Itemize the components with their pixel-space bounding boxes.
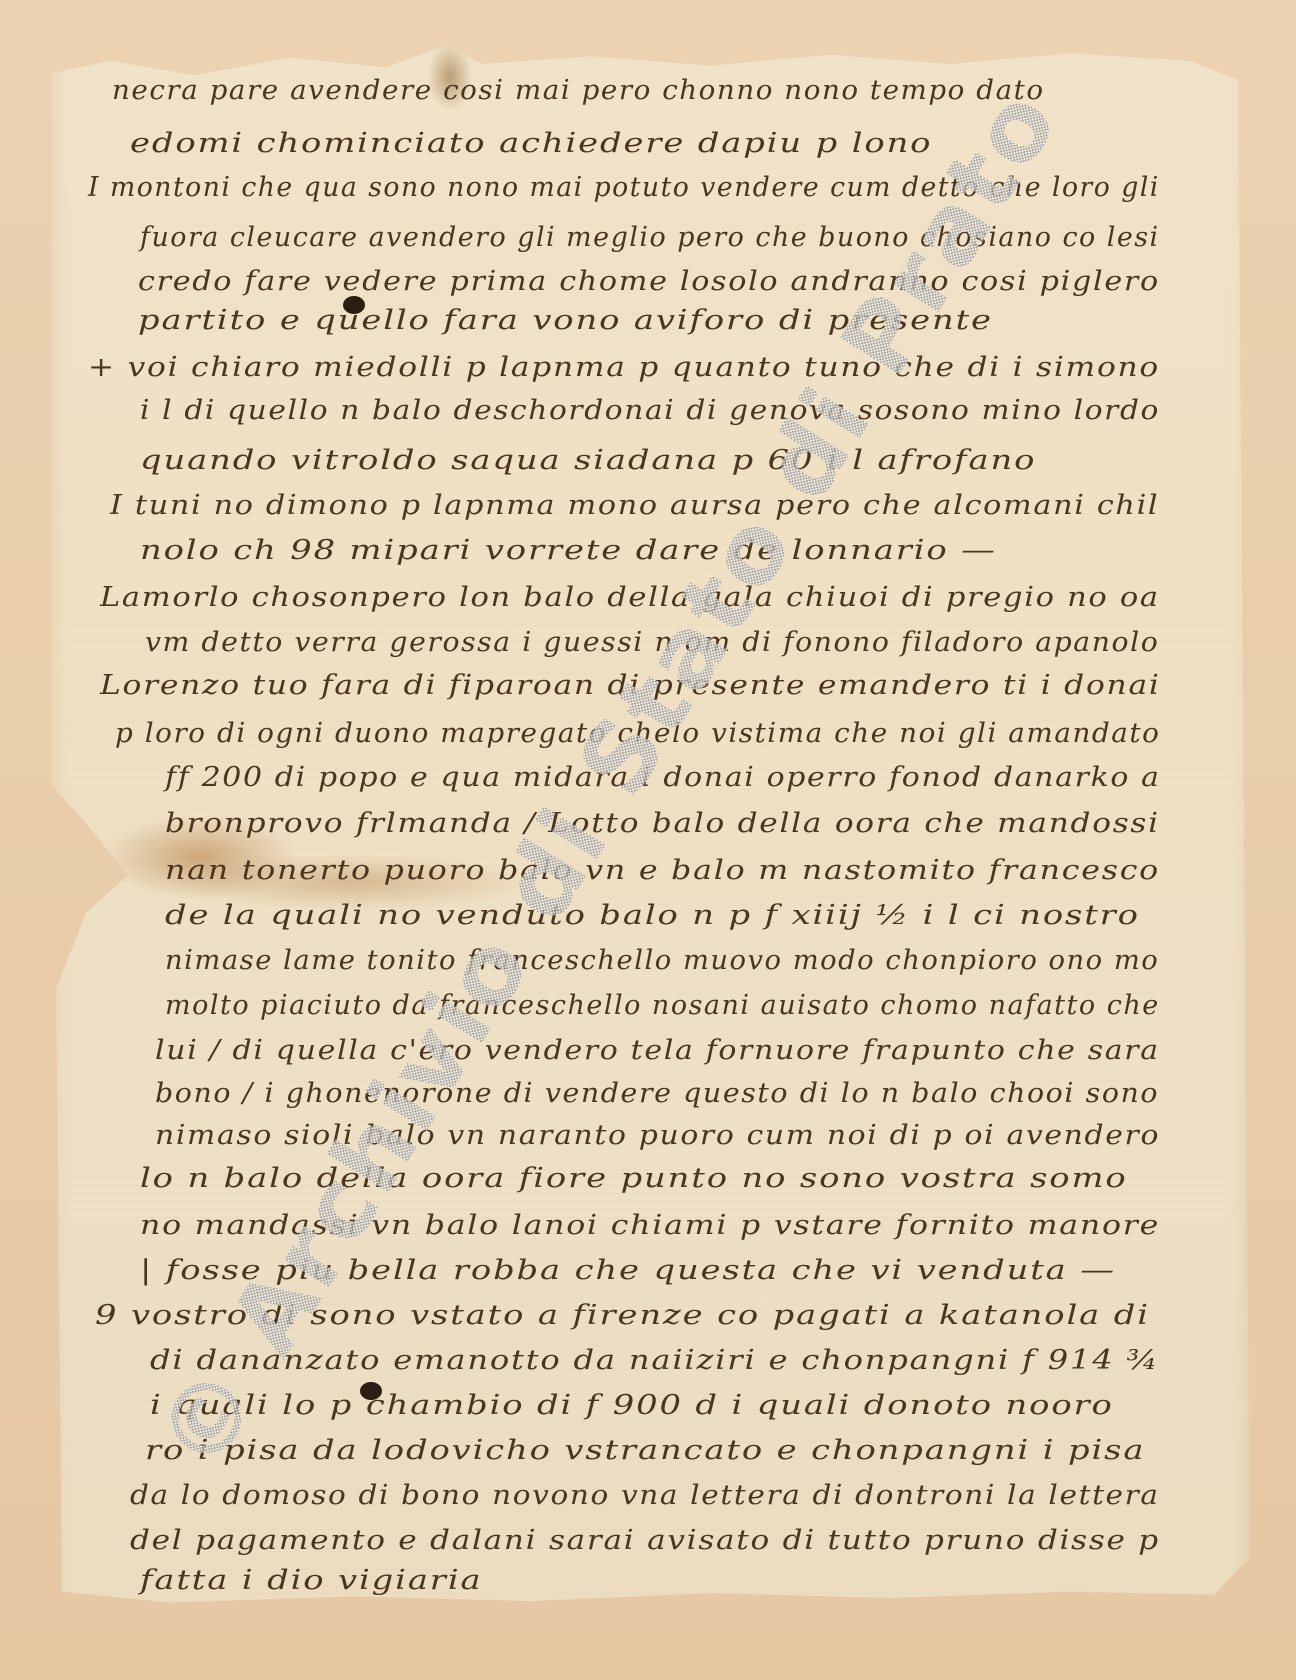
text-line: credo fare vedere prima chome losolo and… xyxy=(138,266,1160,297)
text-line: nan tonerto puoro balo vn e balo m nasto… xyxy=(165,855,1160,886)
text-line: de la quali no venduto balo n p f xiiij … xyxy=(165,900,1140,931)
text-line: nolo ch 98 mipari vorrete dare de lonnar… xyxy=(140,535,997,566)
text-line: del pagamento e dalani sarai avisato di … xyxy=(130,1525,1160,1556)
text-line: nimase lame tonito franceschello muovo m… xyxy=(165,945,1159,976)
text-line: i l di quello n balo deschordonai di gen… xyxy=(140,395,1160,426)
text-line: i quali lo p chambio di f 900 d i quali … xyxy=(150,1390,1114,1421)
text-line: quando vitroldo saqua siadana p 60 i l a… xyxy=(140,445,1036,476)
text-line: edomi chominciato achiedere dapiu p lono xyxy=(130,128,932,159)
text-line: + voi chiaro miedolli p lapnma p quanto … xyxy=(88,352,1160,383)
text-line: Lamorlo chosonpero lon balo della gala c… xyxy=(100,582,1160,613)
text-line: lui / di quella c'ero vendero tela fornu… xyxy=(155,1035,1160,1066)
text-line: I tuni no dimono p lapnma mono aursa per… xyxy=(110,490,1159,521)
text-line: bono / i ghonenorone di vendere questo d… xyxy=(155,1078,1159,1109)
text-line: bronprovo frlmanda / Lotto balo della oo… xyxy=(165,808,1160,839)
text-line: ro i pisa da lodovicho vstrancato e chon… xyxy=(145,1435,1145,1466)
text-line: molto piaciuto da franceschello nosani a… xyxy=(165,990,1160,1021)
text-line: nimaso sioli balo vn naranto puoro cum n… xyxy=(155,1120,1160,1151)
text-line: fatta i dio vigiaria xyxy=(140,1565,483,1596)
text-line: da lo domoso di bono novono vna lettera … xyxy=(130,1480,1160,1511)
